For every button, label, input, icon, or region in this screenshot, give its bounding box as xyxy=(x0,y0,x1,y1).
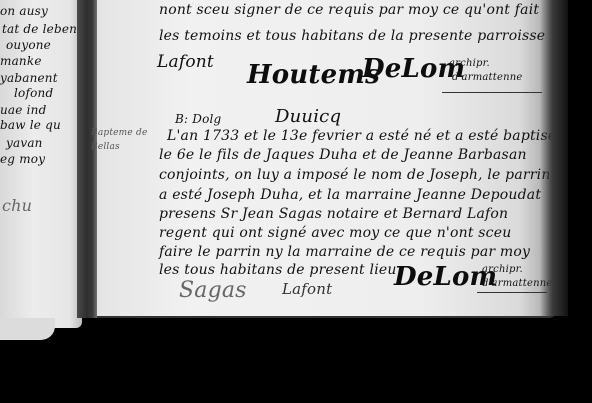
left-line: baw le qu xyxy=(0,118,61,132)
entry-line: conjoints, on luy a imposé le nom de Jos… xyxy=(159,167,551,183)
signature-sagas: Sagas xyxy=(179,278,247,303)
text-line: nont sceu signer de ce requis par moy ce… xyxy=(159,2,539,18)
left-line: yabanent xyxy=(0,71,58,85)
left-line: uae ind xyxy=(0,103,46,117)
signature-houtems: Houtems xyxy=(247,60,380,90)
margin-note-line2: Bellas xyxy=(91,142,120,152)
left-page-corner xyxy=(0,318,55,340)
page-edge-shadow xyxy=(540,0,568,316)
entry-line: faire le parrin ny la marraine de ce req… xyxy=(159,244,530,260)
signature-underline xyxy=(477,292,547,293)
left-line: ouyone xyxy=(6,38,51,52)
left-line: tat de leben xyxy=(2,22,77,36)
text-line: les temoins et tous habitans de la prese… xyxy=(159,28,545,44)
manuscript-scan: on ausy tat de leben ouyone manke yabane… xyxy=(0,0,592,403)
entry-line: regent qui ont signé avec moy ce que n'o… xyxy=(159,225,511,241)
signature-lafont-top: Lafont xyxy=(157,52,214,72)
priest-title-top-1: archipr. xyxy=(449,58,490,69)
margin-note-line1: Bapteme de xyxy=(91,128,148,138)
entry-line: a esté Joseph Duha, et la marraine Jeann… xyxy=(159,187,541,203)
left-signature-fragment: chu xyxy=(2,196,32,215)
entry-header-name: Duuicq xyxy=(275,106,341,127)
priest-title-top-2: d'armattenne xyxy=(452,72,523,83)
entry-line: L'an 1733 et le 13e fevrier a esté né et… xyxy=(167,128,556,144)
left-line: on ausy xyxy=(0,4,48,18)
binding-gutter xyxy=(77,0,99,318)
left-line: yavan xyxy=(6,136,43,150)
entry-line: presens Sr Jean Sagas notaire et Bernard… xyxy=(159,206,508,222)
left-line: manke xyxy=(0,54,42,68)
left-line: eg moy xyxy=(0,152,45,166)
entry-header-label: B: Dolg xyxy=(175,112,221,126)
entry-line: le 6e le fils de Jaques Duha et de Jeann… xyxy=(159,147,527,163)
signature-underline xyxy=(442,92,542,93)
entry-line: les tous habitans de present lieu xyxy=(159,262,397,278)
left-page: on ausy tat de leben ouyone manke yabane… xyxy=(0,0,82,328)
left-line: lofond xyxy=(14,86,53,100)
priest-title-bottom-1: archipr. xyxy=(482,264,523,275)
right-page: nont sceu signer de ce requis par moy ce… xyxy=(97,0,557,318)
signature-lafont-bottom: Lafont xyxy=(282,280,332,298)
